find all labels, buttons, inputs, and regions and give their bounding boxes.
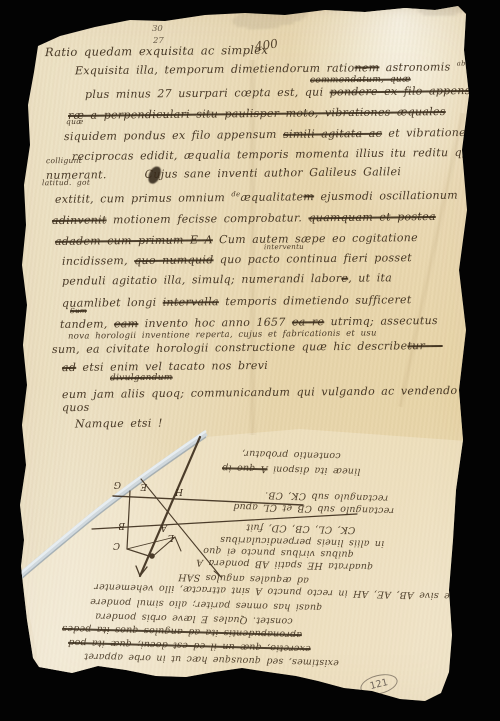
handwritten-text: eum jam aliis quoq; communicandum qui vu… <box>62 384 458 401</box>
struck-out-text: pondere ex filo appenso <box>330 84 478 99</box>
manuscript-line: ræ a perpendiculari situ paulisper moto,… <box>68 105 446 122</box>
struck-out-text: ræ a perpendiculari situ paulisper moto,… <box>68 105 446 122</box>
manuscript-line: adinvenit motionem fecisse comprobatur. … <box>52 210 436 227</box>
pencil-smudge <box>231 1 309 32</box>
pencil-smudge <box>418 0 469 17</box>
handwritten-text: siquidem pondus ex filo appensum <box>64 128 283 143</box>
struck-out-text: m <box>303 190 314 203</box>
manuscript-line: sum, ea civitate horologii constructione… <box>52 339 443 356</box>
diagram-label-G: G <box>114 479 121 489</box>
folio-number: 121 <box>369 677 389 692</box>
handwritten-text: interventu <box>264 243 304 251</box>
handwritten-text: Ratio quedam exquisita ac simplex <box>45 43 268 59</box>
handwritten-text: ante annos <box>491 59 500 73</box>
struck-out-text: tur — <box>407 339 442 352</box>
handwritten-text: sum, ea civitate horologii constructione… <box>52 339 408 356</box>
handwritten-text: temporis dimetiendo sufficeret <box>219 293 412 308</box>
struck-out-text: A quo ip <box>222 462 268 474</box>
manuscript-line: latitud. got <box>42 178 90 188</box>
handwritten-text: invento hoc anno 1657 <box>138 316 292 331</box>
handwritten-text: incidissem, <box>62 254 134 268</box>
struck-out-text: Sum <box>70 307 87 315</box>
handwritten-text: ejusmodi oscillationum <box>314 189 458 204</box>
manuscript-line: adadem cum primum E A Cum autem sæpe eo … <box>55 231 418 248</box>
handwritten-text: extitit, cum primus omnium <box>55 191 232 206</box>
manuscript-line: colligunt <box>46 156 82 165</box>
handwritten-text: quos <box>62 401 90 414</box>
manuscript-line: plus minus 27 usurpari cœpta est, qui po… <box>85 84 478 101</box>
handwritten-text: et vibrationes <box>382 126 472 140</box>
struck-out-text: adinvenit <box>52 213 107 227</box>
manuscript-line: Ratio quedam exquisita ac simplex <box>45 43 268 59</box>
manuscript-line: penduli agitatio illa, simulq; numerandi… <box>62 271 392 287</box>
handwritten-text: astronomis <box>379 60 457 74</box>
handwritten-text: tandem, <box>60 317 114 331</box>
manuscript-line: extitit, cum primus omnium deæqualitatem… <box>55 188 458 206</box>
handwritten-text: plus minus 27 usurpari cœpta est, qui <box>85 85 330 101</box>
struck-out-text: divulgandum <box>110 373 173 384</box>
struck-out-text: intervalla <box>163 295 219 309</box>
handwritten-text: Cum autem sæpe eo cogitatione <box>213 231 418 246</box>
struck-out-text: adadem cum primum E A <box>55 233 213 248</box>
struck-out-text: eam <box>114 317 139 330</box>
struck-out-text: ad <box>62 361 76 374</box>
handwritten-text: reciprocas edidit, æqualia temporis mome… <box>72 146 466 163</box>
manuscript-line: reciprocas edidit, æqualia temporis mome… <box>72 146 466 163</box>
manuscript-line: eum jam aliis quoq; communicandum qui vu… <box>62 384 458 401</box>
manuscript-photo: 573027 400 GEHBALC Ratio quedam exquisit… <box>0 0 500 721</box>
handwritten-text: latitud. got <box>42 178 90 188</box>
struck-out-text: nem <box>354 61 379 74</box>
manuscript-line: Sum <box>70 307 87 315</box>
manuscript-line: quos <box>62 401 90 414</box>
manuscript-line: Namque etsi ! <box>75 417 163 431</box>
struck-out-text: quo numquid <box>134 253 213 267</box>
struck-out-text: ea re <box>292 315 324 328</box>
manuscript-line: interventu <box>264 243 304 251</box>
manuscript-line: quamlibet longi intervalla temporis dime… <box>62 293 412 310</box>
handwritten-text: utrimq; assecutus <box>324 314 438 328</box>
brown-stain <box>8 390 28 426</box>
handwritten-text: , ut ita <box>348 271 392 284</box>
manuscript-line: numerant. Cujus sane inventi author Gali… <box>46 165 401 182</box>
manuscript-line: siquidem pondus ex filo appensum simili … <box>64 126 472 143</box>
manuscript-line: quæ <box>66 117 84 126</box>
handwritten-text: colligunt <box>46 156 82 165</box>
handwritten-text: Namque etsi ! <box>75 417 163 431</box>
handwritten-text: æqualitate <box>240 190 303 204</box>
struck-out-text: quamquam et postea <box>308 210 435 224</box>
manuscript-line: Exquisita illa, temporum dimetiendorum r… <box>75 58 500 77</box>
manuscript-line: tandem, eam invento hoc anno 1657 ea re … <box>60 314 438 331</box>
struck-out-text: simili agitata ac <box>283 127 382 141</box>
arithmetic-number: 30 <box>152 24 163 34</box>
manuscript-line: incidissem, quo numquid quo pacto contin… <box>62 251 412 268</box>
handwritten-text: penduli agitatio illa, simulq; numerandi… <box>62 272 341 288</box>
handwritten-text: quo pacto continua fieri posset <box>213 251 412 266</box>
manuscript-page: 573027 400 GEHBALC Ratio quedam exquisit… <box>0 0 500 721</box>
arithmetic-number: 57 <box>151 12 162 22</box>
brown-stain <box>10 82 28 136</box>
handwritten-text: Cujus sane inventi author Galileus Galil… <box>145 165 402 181</box>
manuscript-line: divulgandum <box>110 373 173 384</box>
handwritten-text: ab annis <box>457 59 491 67</box>
handwritten-text: quæ <box>66 117 84 126</box>
handwritten-text: motionem fecisse comprobatur. <box>107 211 309 226</box>
